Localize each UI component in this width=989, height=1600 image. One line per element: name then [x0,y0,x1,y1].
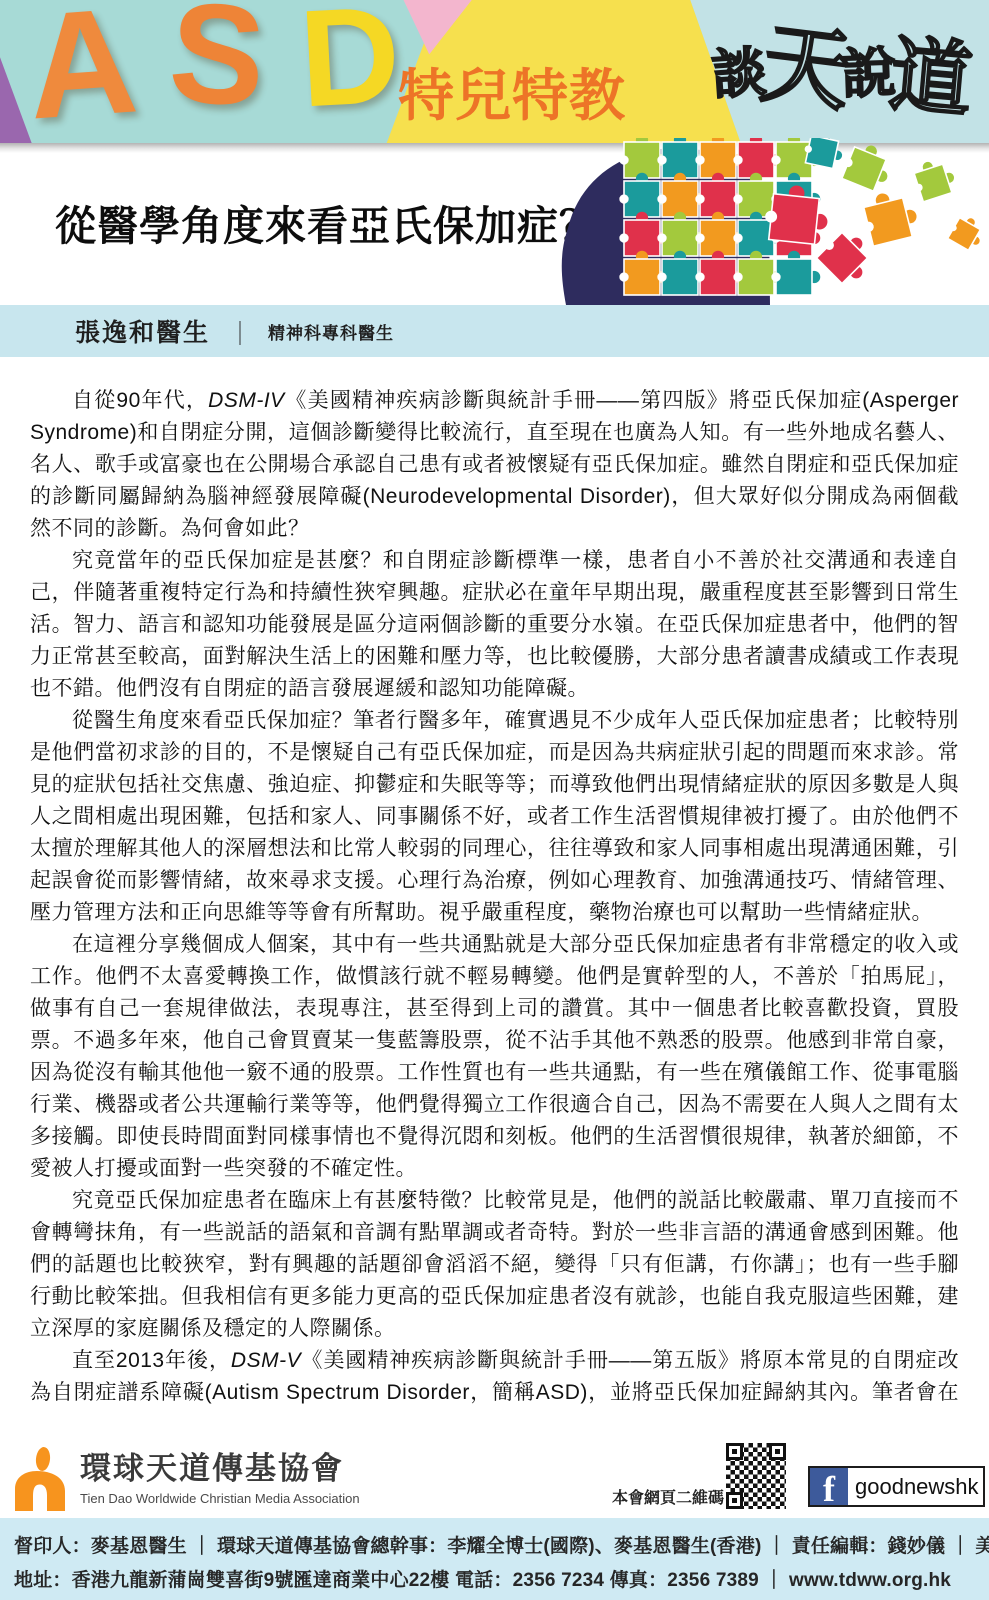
facebook-icon: f [810,1468,848,1505]
tien-dao-logo-icon [13,1447,67,1511]
foam-letter-s: S [165,0,269,129]
footer: 環球天道傳基協會 Tien Dao Worldwide Christian Me… [0,1405,989,1518]
facebook-handle: goodnewshk [848,1468,983,1505]
logo-char: 天 [757,19,855,117]
author-name: 張逸和醫生 [75,313,210,349]
logo-char: 道 [887,35,976,124]
foam-letter-a: A [23,0,142,142]
article-title: 從醫學角度來看亞氏保加症？ [55,193,601,252]
qr-finder-pattern [726,1443,743,1460]
org-name-en: Tien Dao Worldwide Christian Media Assoc… [80,1491,360,1506]
column-subtitle: 特兒特教 [398,52,626,132]
facebook-badge[interactable]: f goodnewshk [808,1466,985,1507]
qr-code [726,1443,786,1509]
body-paragraph: 究竟亞氏保加症患者在臨床上有甚麼特徵？比較常見是，他們的説話比較嚴肅、單刀直接而… [30,1185,959,1345]
qr-finder-pattern [726,1492,743,1509]
article-body: 自從90年代，DSM-IV《美國精神疾病診斷與統計手冊——第四版》將亞氏保加症(… [0,357,989,1407]
qr-code-label: 本會網頁二維碼 [612,1485,724,1508]
org-name-zh: 環球天道傳基協會 [80,1443,360,1488]
author-separator: ｜ [228,314,252,349]
author-bar: 張逸和醫生 ｜ 精神科專科醫生 [0,305,989,357]
body-paragraph: 直至2013年後，DSM-V《美國精神疾病診斷與統計手冊——第五版》將原本常見的… [30,1345,959,1407]
publication-info-bar: 督印人：麥基恩醫生 ｜ 環球天道傳基協會總幹事：李耀全博士(國際)、麥基恩醫生(… [0,1518,989,1600]
body-paragraph: 從醫生角度來看亞氏保加症？筆者行醫多年，確實遇見不少成年人亞氏保加症患者；比較特… [30,705,959,929]
newsletter-page: A S D 特兒特教 談 天 說 道 從醫學角度來看亞氏保加症？ 張逸和醫生 ｜… [0,0,989,1600]
author-role: 精神科專科醫生 [268,319,394,344]
tan-tin-shuet-to-logo: 談 天 說 道 [712,14,980,134]
masthead: A S D 特兒特教 談 天 說 道 [0,0,989,143]
org-name-block: 環球天道傳基協會 Tien Dao Worldwide Christian Me… [80,1443,360,1506]
body-paragraph: 在這裡分享幾個成人個案，其中有一些共通點就是大部分亞氏保加症患者有非常穩定的收入… [30,929,959,1185]
publication-address-line: 地址：香港九龍新蒲崗雙喜街9號匯達商業中心22樓 電話：2356 7234 傳真… [14,1564,975,1598]
body-paragraph: 究竟當年的亞氏保加症是甚麼？和自閉症診斷標準一樣，患者自小不善於社交溝通和表達自… [30,545,959,705]
puzzle-head-illustration [556,138,989,305]
foam-letter-d: D [296,0,403,129]
qr-finder-pattern [769,1443,786,1460]
publication-credits-line: 督印人：麥基恩醫生 ｜ 環球天道傳基協會總幹事：李耀全博士(國際)、麥基恩醫生(… [14,1530,975,1564]
body-paragraph: 自從90年代，DSM-IV《美國精神疾病診斷與統計手冊——第四版》將亞氏保加症(… [30,385,959,545]
